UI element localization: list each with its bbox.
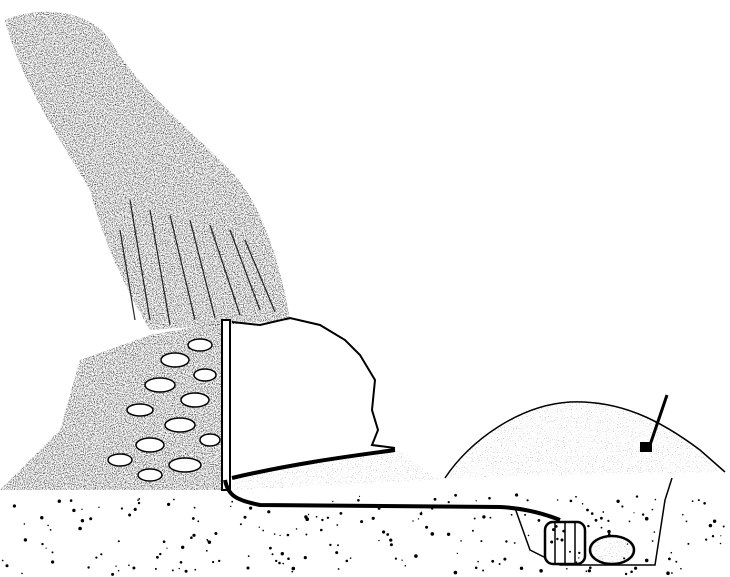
- earth-mound: [445, 402, 725, 478]
- smoke-plume: [5, 12, 290, 330]
- partition-board: [222, 320, 230, 490]
- stone-wall-pile: [0, 322, 222, 490]
- sketch-illustration: [0, 0, 730, 577]
- cutaway-outline: [232, 318, 395, 448]
- barrel-tipped: [590, 536, 634, 564]
